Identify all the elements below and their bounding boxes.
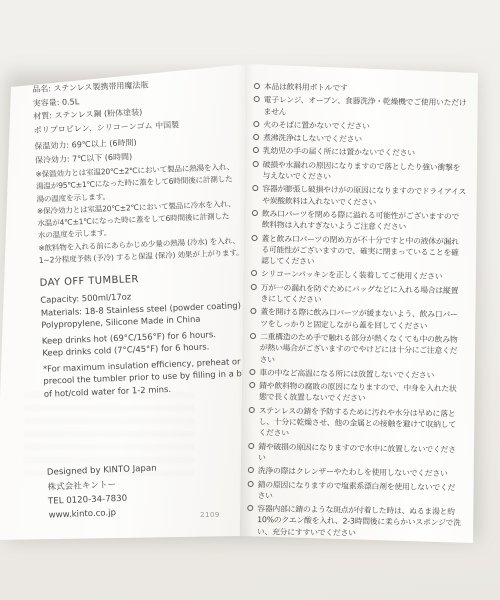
caution-item: 飲み口パーツを閉める際に溢れる可能性がございますので飲料物は入れすぎないようご注… [252, 208, 466, 234]
caution-text: 車の中など高温になる所には放置しないでください [259, 368, 434, 380]
caution-text: 容器内部に錆のような斑点が付着した時は、ぬるま湯と約10%のクエン酸を入れ、2-… [257, 504, 461, 537]
caution-list: 本品は飲料用ボトルです 電子レンジ、オーブン、食器洗浄・乾燥機でご使用いただけま… [247, 81, 468, 542]
caution-text: 電子レンジ、オーブン、食器洗浄・乾燥機でご使用いただけません [263, 95, 466, 116]
caution-item: 車の中など高温になる所には放置しないでください [249, 367, 463, 382]
circle-bullet-icon [253, 147, 259, 153]
caution-item: 錆の原因になりますので塩素系漂白剤を使用しないでください [247, 478, 461, 504]
caution-item: 乳幼児の手の届く所には置かないでください [253, 145, 467, 160]
caution-item: シリコーンパッキンを正しく装着してご使用ください [251, 268, 465, 283]
circle-bullet-icon [247, 505, 253, 511]
caution-text: 容器が膨張し破損やけがの原因になりますのでドライアイスや炭酸飲料は入れないでくだ… [262, 185, 466, 207]
circle-bullet-icon [249, 382, 255, 388]
circle-bullet-icon [252, 185, 258, 191]
caution-item: 本品は飲料用ボトルです [254, 81, 468, 96]
english-spec-block: DAY OFF TUMBLER Capacity: 500ml/17oz Mat… [39, 269, 248, 400]
circle-bullet-icon [248, 467, 254, 473]
caution-text: 蓋を開ける際に飲み口パーツが緩まないよう、飲み口パーツをしっかりと固定しながら蓋… [260, 307, 458, 330]
circle-bullet-icon [249, 369, 255, 375]
caution-text: 錆や飲料物の腐敗の原因になりますので、中身を入れた状態で長く放置しないでください [259, 381, 457, 403]
caution-text: 錆や破損の原因になりますので水中に放置しないでください [258, 442, 456, 462]
caution-text: 本品は飲料用ボトルです [264, 82, 348, 92]
caution-item: 錆や飲料物の腐敗の原因になりますので、中身を入れた状態で長く放置しないでください [249, 380, 463, 406]
circle-bullet-icon [251, 284, 257, 290]
left-page-text: 品名: ステンレス製携帯用魔法瓶 実容量: 0.5L 材質: ステンレス鋼 (粉… [32, 75, 248, 523]
caution-item: 錆や破損の原因になりますので水中に放置しないでください [248, 441, 462, 467]
caution-item: 容器が膨張し破損やけがの原因になりますのでドライアイスや炭酸飲料は入れないでくだ… [252, 183, 466, 209]
right-page: 本品は飲料用ボトルです 電子レンジ、オーブン、食器洗浄・乾燥機でご使用いただけま… [240, 62, 480, 544]
caution-text: 火のそばに置かないでください [263, 120, 369, 131]
circle-bullet-icon [248, 443, 254, 449]
circle-bullet-icon [249, 407, 255, 413]
circle-bullet-icon [250, 308, 256, 314]
caution-item: 煮沸洗浄はしないでください [253, 132, 467, 147]
caution-text: 錆の原因になりますので塩素系漂白剤を使用しないでください [257, 480, 455, 501]
caution-text: 万が一の漏れを防ぐためにバッグなどに入れる場合は縦置きにしてください [261, 283, 459, 304]
circle-bullet-icon [253, 134, 259, 140]
caution-item: 蓋を開ける際に飲み口パーツが緩まないよう、飲み口パーツをしっかりと固定しながら蓋… [250, 306, 464, 332]
caution-text: 洗浄の際はクレンザーやたわしを使用しないでください [258, 466, 448, 478]
circle-bullet-icon [253, 121, 259, 127]
caution-item: 容器内部に錆のような斑点が付着した時は、ぬるま湯と約10%のクエン酸を入れ、2-… [247, 503, 462, 540]
product-spec-block: 品名: ステンレス製携帯用魔法瓶 実容量: 0.5L 材質: ステンレス鋼 (粉… [32, 75, 243, 167]
caution-item: 洗浄の際はクレンザーやたわしを使用しないでください [248, 465, 462, 480]
caution-text: 煮沸洗浄はしないでください [263, 133, 362, 144]
circle-bullet-icon [248, 480, 254, 486]
circle-bullet-icon [250, 333, 256, 339]
caution-text: 二重構造のため手で触れる部分が熱くなくても中の飲み物が熱い場合がございますのでや… [260, 332, 458, 364]
circle-bullet-icon [253, 161, 259, 167]
caution-item: ステンレスの錆を予防するために汚れや水分は早めに落とし、十分に乾燥させ、他の金属… [248, 405, 463, 442]
caution-item: 蓋と飲み口パーツの閉め方が不十分ですと中の液体が漏れる可能性がございますので、確… [251, 233, 466, 270]
caution-item: 二重構造のため手で触れる部分が熱くなくても中の飲み物が熱い場合がございますのでや… [250, 331, 465, 368]
circle-bullet-icon [254, 83, 260, 89]
caution-text: 飲み口パーツを閉める際に溢れる可能性がございますので飲料物は入れすぎないようご注… [262, 209, 460, 232]
circle-bullet-icon [251, 270, 257, 276]
photo-background: 品名: ステンレス製携帯用魔法瓶 実容量: 0.5L 材質: ステンレス鋼 (粉… [0, 0, 500, 600]
caution-text: 乳幼児の手の届く所には置かないでください [263, 147, 415, 158]
circle-bullet-icon [251, 235, 257, 241]
circle-bullet-icon [254, 96, 260, 102]
caution-item: 電子レンジ、オーブン、食器洗浄・乾燥機でご使用いただけません [253, 94, 467, 120]
caution-item: 火のそばに置かないでください [253, 119, 467, 134]
caution-text: 破損や水漏れの原因になりますので落としたり強い衝撃を与えないでください [262, 160, 460, 181]
left-page: 品名: ステンレス製携帯用魔法瓶 実容量: 0.5L 材質: ステンレス鋼 (粉… [0, 62, 248, 542]
caution-text: ステンレスの錆を予防するために汚れや水分は早めに落とし、十分に乾燥させ、他の金属… [258, 406, 456, 438]
caution-item: 万が一の漏れを防ぐためにバッグなどに入れる場合は縦置きにしてください [250, 282, 464, 308]
spec-notes-block: ※保温効力とは室温20℃±2℃において製品に熱湯を入れ、 湯温が95℃±1℃にな… [35, 161, 247, 267]
print-code: 2109 [200, 511, 220, 519]
caution-text: 蓋と飲み口パーツの閉め方が不十分ですと中の液体が漏れる可能性がございますので、確… [261, 234, 459, 266]
circle-bullet-icon [252, 210, 258, 216]
caution-item: 破損や水漏れの原因になりますので落としたり強い衝撃を与えないでください [252, 159, 466, 185]
caution-text: シリコーンパッキンを正しく装着してご使用ください [261, 270, 443, 282]
